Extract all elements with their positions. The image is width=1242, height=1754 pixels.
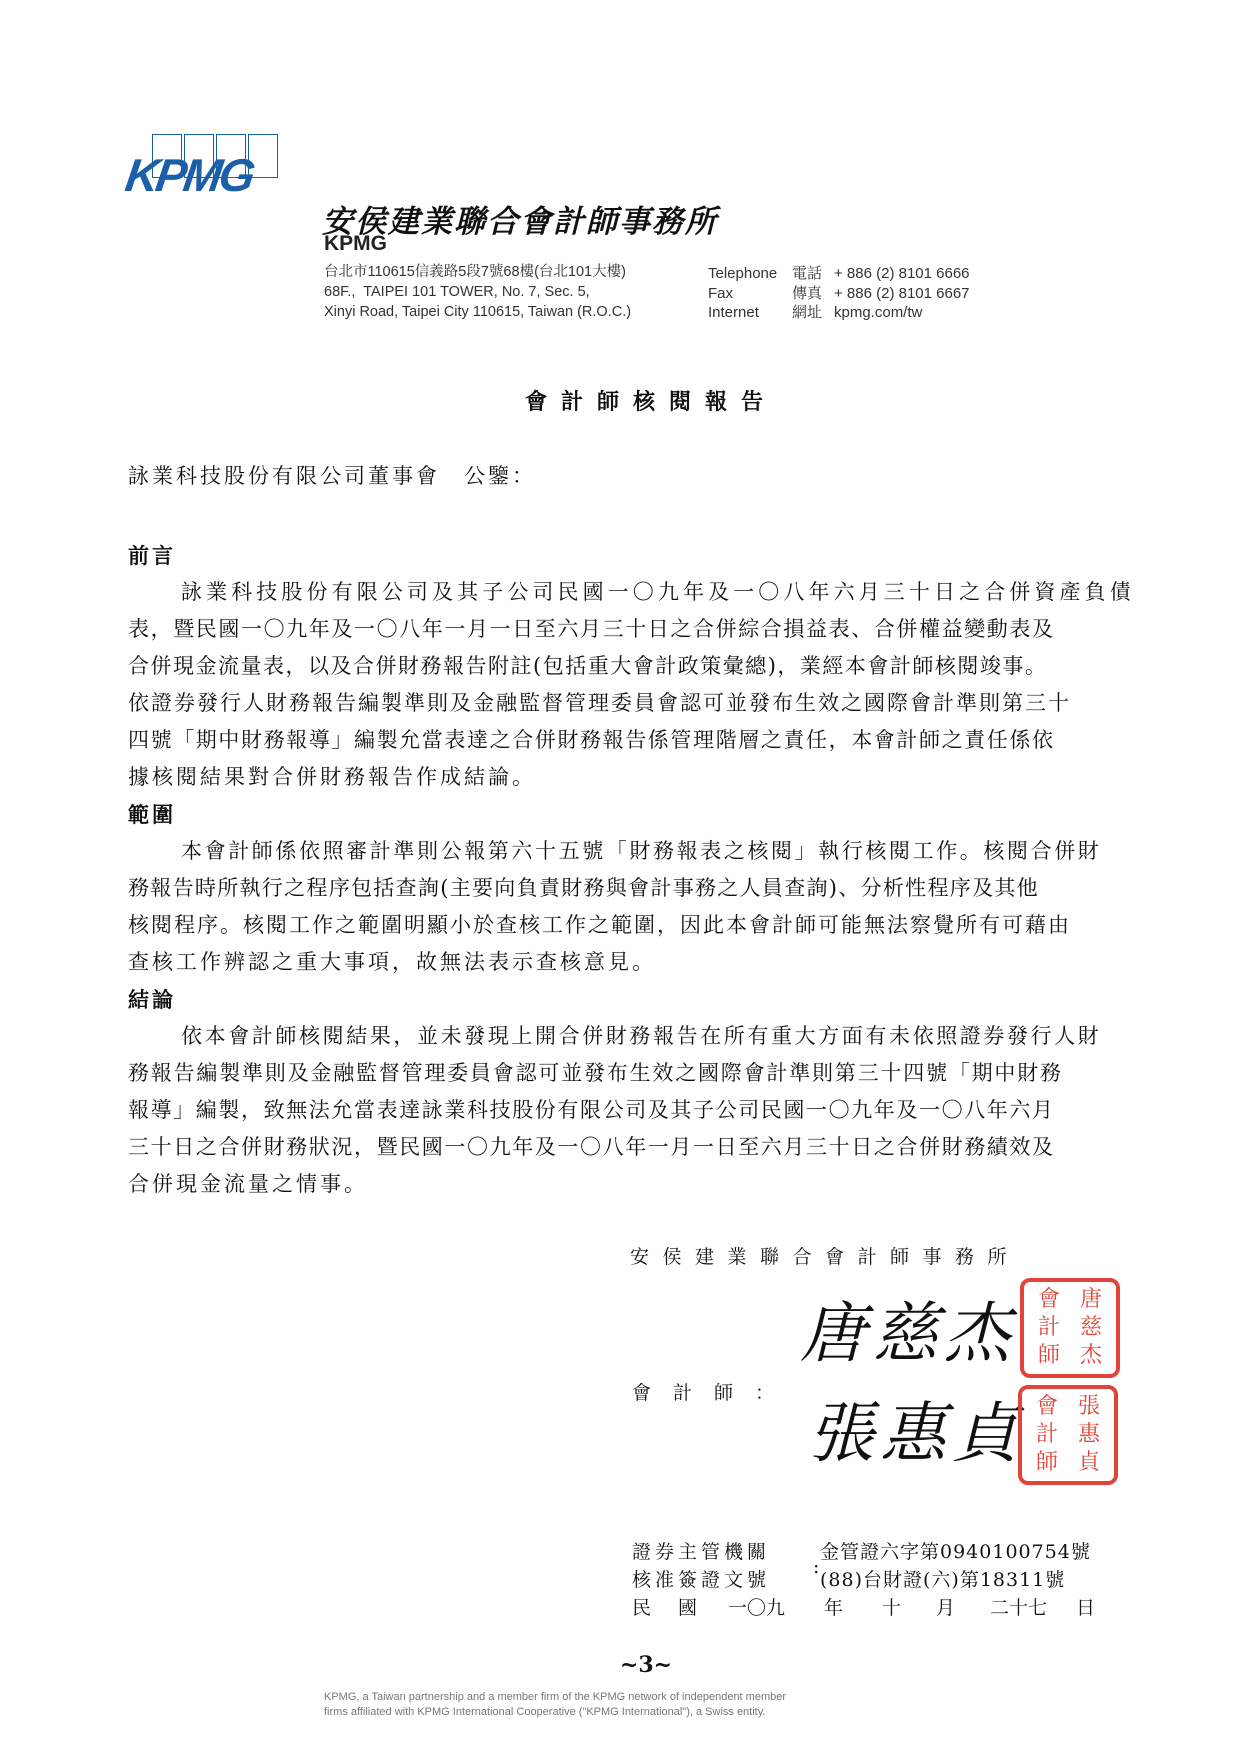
signature-2: 張惠貞 <box>808 1380 1024 1475</box>
contact-label-cn: 電話 <box>792 264 834 284</box>
report-date: 民國一〇九年十月二十七日 <box>632 1594 1095 1622</box>
paragraph-line: 表，暨民國一〇九年及一〇八年一月一日至六月三十日之合併綜合損益表、合併權益變動表… <box>128 611 1168 648</box>
seal-char: 會 <box>1026 1393 1068 1421</box>
report-title: 會計師核閱報告 <box>0 385 1242 416</box>
seal-stamp-1: 唐慈杰會計師 <box>1020 1278 1120 1378</box>
section-conclusion: 結論 依本會計師核閱結果，並未發現上開合併財務報告在所有重大方面有未依照證券發行… <box>128 981 1168 1203</box>
date-part: 二十七 <box>990 1594 1076 1622</box>
registration-row-1: 證券主管機關金管證六字第0940100754號 <box>632 1538 1095 1566</box>
date-part: 月 <box>936 1594 990 1622</box>
registration-label: 證券主管機關 <box>632 1538 806 1566</box>
seal-char: 師 <box>1028 1342 1070 1370</box>
firm-name-english: KPMG <box>324 232 387 256</box>
date-part: 一〇九 <box>728 1594 824 1622</box>
colon: : <box>813 1556 819 1578</box>
date-part: 日 <box>1076 1594 1095 1622</box>
registration-value: (88)台財證(六)第18311號 <box>806 1566 1065 1594</box>
footer-disclaimer: KPMG, a Taiwan partnership and a member … <box>324 1690 786 1720</box>
paragraph-line: 詠業科技股份有限公司及其子公司民國一〇九年及一〇八年六月三十日之合併資產負債 <box>128 574 1168 611</box>
registration-label: 核准簽證文號 <box>632 1566 806 1594</box>
date-part: 國 <box>678 1594 728 1622</box>
seal-char: 惠 <box>1068 1421 1110 1449</box>
paragraph-line: 依本會計師核閱結果，並未發現上開合併財務報告在所有重大方面有未依照證券發行人財 <box>128 1018 1168 1055</box>
contact-label-cn: 傳真 <box>792 284 834 304</box>
paragraph-line: 核閱程序。核閱工作之範圍明顯小於查核工作之範圍，因此本會計師可能無法察覺所有可藉… <box>128 907 1168 944</box>
registration-row-2: 核准簽證文號(88)台財證(六)第18311號 <box>632 1566 1095 1594</box>
contact-telephone: Telephone 電話 + 886 (2) 8101 6666 <box>708 264 970 284</box>
contact-internet: Internet 網址 kpmg.com/tw <box>708 303 970 323</box>
accountant-label: 會計師： <box>632 1378 796 1405</box>
seal-char: 慈 <box>1070 1314 1112 1342</box>
paragraph-line: 報導」編製，致無法允當表達詠業科技股份有限公司及其子公司民國一〇九年及一〇八年六… <box>128 1092 1168 1129</box>
firm-contacts: Telephone 電話 + 886 (2) 8101 6666 Fax 傳真 … <box>708 264 970 323</box>
signing-firm-name: 安侯建業聯合會計師事務所 <box>630 1242 1020 1269</box>
paragraph-line: 務報告編製準則及金融監督管理委員會認可並發布生效之國際會計準則第三十四號「期中財… <box>128 1055 1168 1092</box>
page-number: ~3~ <box>0 1652 1242 1678</box>
signature-1: 唐慈杰 <box>800 1280 1016 1375</box>
paragraph-line: 據核閱結果對合併財務報告作成結論。 <box>128 759 1168 796</box>
contact-label-en: Telephone <box>708 264 792 284</box>
paragraph-line: 三十日之合併財務狀況，暨民國一〇九年及一〇八年一月一日至六月三十日之合併財務績效… <box>128 1129 1168 1166</box>
date-part: 十 <box>882 1594 936 1622</box>
paragraph-line: 本會計師係依照審計準則公報第六十五號「財務報表之核閱」執行核閱工作。核閱合併財 <box>128 833 1168 870</box>
contact-label-en: Fax <box>708 284 792 304</box>
address-line: 68F., TAIPEI 101 TOWER, No. 7, Sec. 5, <box>324 282 631 302</box>
paragraph-line: 合併現金流量表，以及合併財務報告附註(包括重大會計政策彙總)，業經本會計師核閱竣… <box>128 648 1168 685</box>
address-line: Xinyi Road, Taipei City 110615, Taiwan (… <box>324 302 631 322</box>
paragraph-line: 依證券發行人財務報告編製準則及金融監督管理委員會認可並發布生效之國際會計準則第三… <box>128 685 1168 722</box>
section-heading: 範圍 <box>128 796 1168 833</box>
seal-char: 計 <box>1028 1314 1070 1342</box>
paragraph-line: 務報告時所執行之程序包括查詢(主要向負責財務與會計事務之人員查詢)、分析性程序及… <box>128 870 1168 907</box>
registration-block: 證券主管機關金管證六字第0940100754號 核准簽證文號(88)台財證(六)… <box>632 1538 1095 1622</box>
logo-wordmark: KPMG <box>123 152 255 198</box>
contact-value: + 886 (2) 8101 6666 <box>834 264 970 284</box>
contact-value: kpmg.com/tw <box>834 303 922 323</box>
seal-char: 貞 <box>1068 1449 1110 1477</box>
seal-char: 計 <box>1026 1421 1068 1449</box>
seal-stamp-2: 張惠貞會計師 <box>1018 1385 1118 1485</box>
seal-char: 唐 <box>1070 1286 1112 1314</box>
paragraph-line: 合併現金流量之情事。 <box>128 1166 1168 1203</box>
section-introduction: 前言 詠業科技股份有限公司及其子公司民國一〇九年及一〇八年六月三十日之合併資產負… <box>128 537 1168 796</box>
report-addressee: 詠業科技股份有限公司董事會 公鑒： <box>128 460 536 490</box>
seal-char: 會 <box>1028 1286 1070 1314</box>
section-heading: 結論 <box>128 981 1168 1018</box>
date-part: 年 <box>824 1594 882 1622</box>
contact-label-cn: 網址 <box>792 303 834 323</box>
contact-label-en: Internet <box>708 303 792 323</box>
contact-fax: Fax 傳真 + 886 (2) 8101 6667 <box>708 284 970 304</box>
contact-value: + 886 (2) 8101 6667 <box>834 284 970 304</box>
paragraph-line: 查核工作辨認之重大事項，故無法表示查核意見。 <box>128 944 1168 981</box>
date-part: 民 <box>632 1594 678 1622</box>
address-line: 台北市110615信義路5段7號68樓(台北101大樓) <box>324 262 631 282</box>
seal-char: 張 <box>1068 1393 1110 1421</box>
footer-line: firms affiliated with KPMG International… <box>324 1705 786 1720</box>
report-body: 前言 詠業科技股份有限公司及其子公司民國一〇九年及一〇八年六月三十日之合併資產負… <box>128 537 1168 1203</box>
kpmg-logo: KPMG <box>128 134 282 198</box>
section-scope: 範圍 本會計師係依照審計準則公報第六十五號「財務報表之核閱」執行核閱工作。核閱合… <box>128 796 1168 981</box>
registration-value: 金管證六字第0940100754號 <box>806 1538 1091 1566</box>
footer-line: KPMG, a Taiwan partnership and a member … <box>324 1690 786 1705</box>
section-heading: 前言 <box>128 537 1168 574</box>
paragraph-line: 四號「期中財務報導」編製允當表達之合併財務報告係管理階層之責任，本會計師之責任係… <box>128 722 1168 759</box>
firm-address: 台北市110615信義路5段7號68樓(台北101大樓) 68F., TAIPE… <box>324 262 631 322</box>
seal-char: 師 <box>1026 1449 1068 1477</box>
seal-char: 杰 <box>1070 1342 1112 1370</box>
